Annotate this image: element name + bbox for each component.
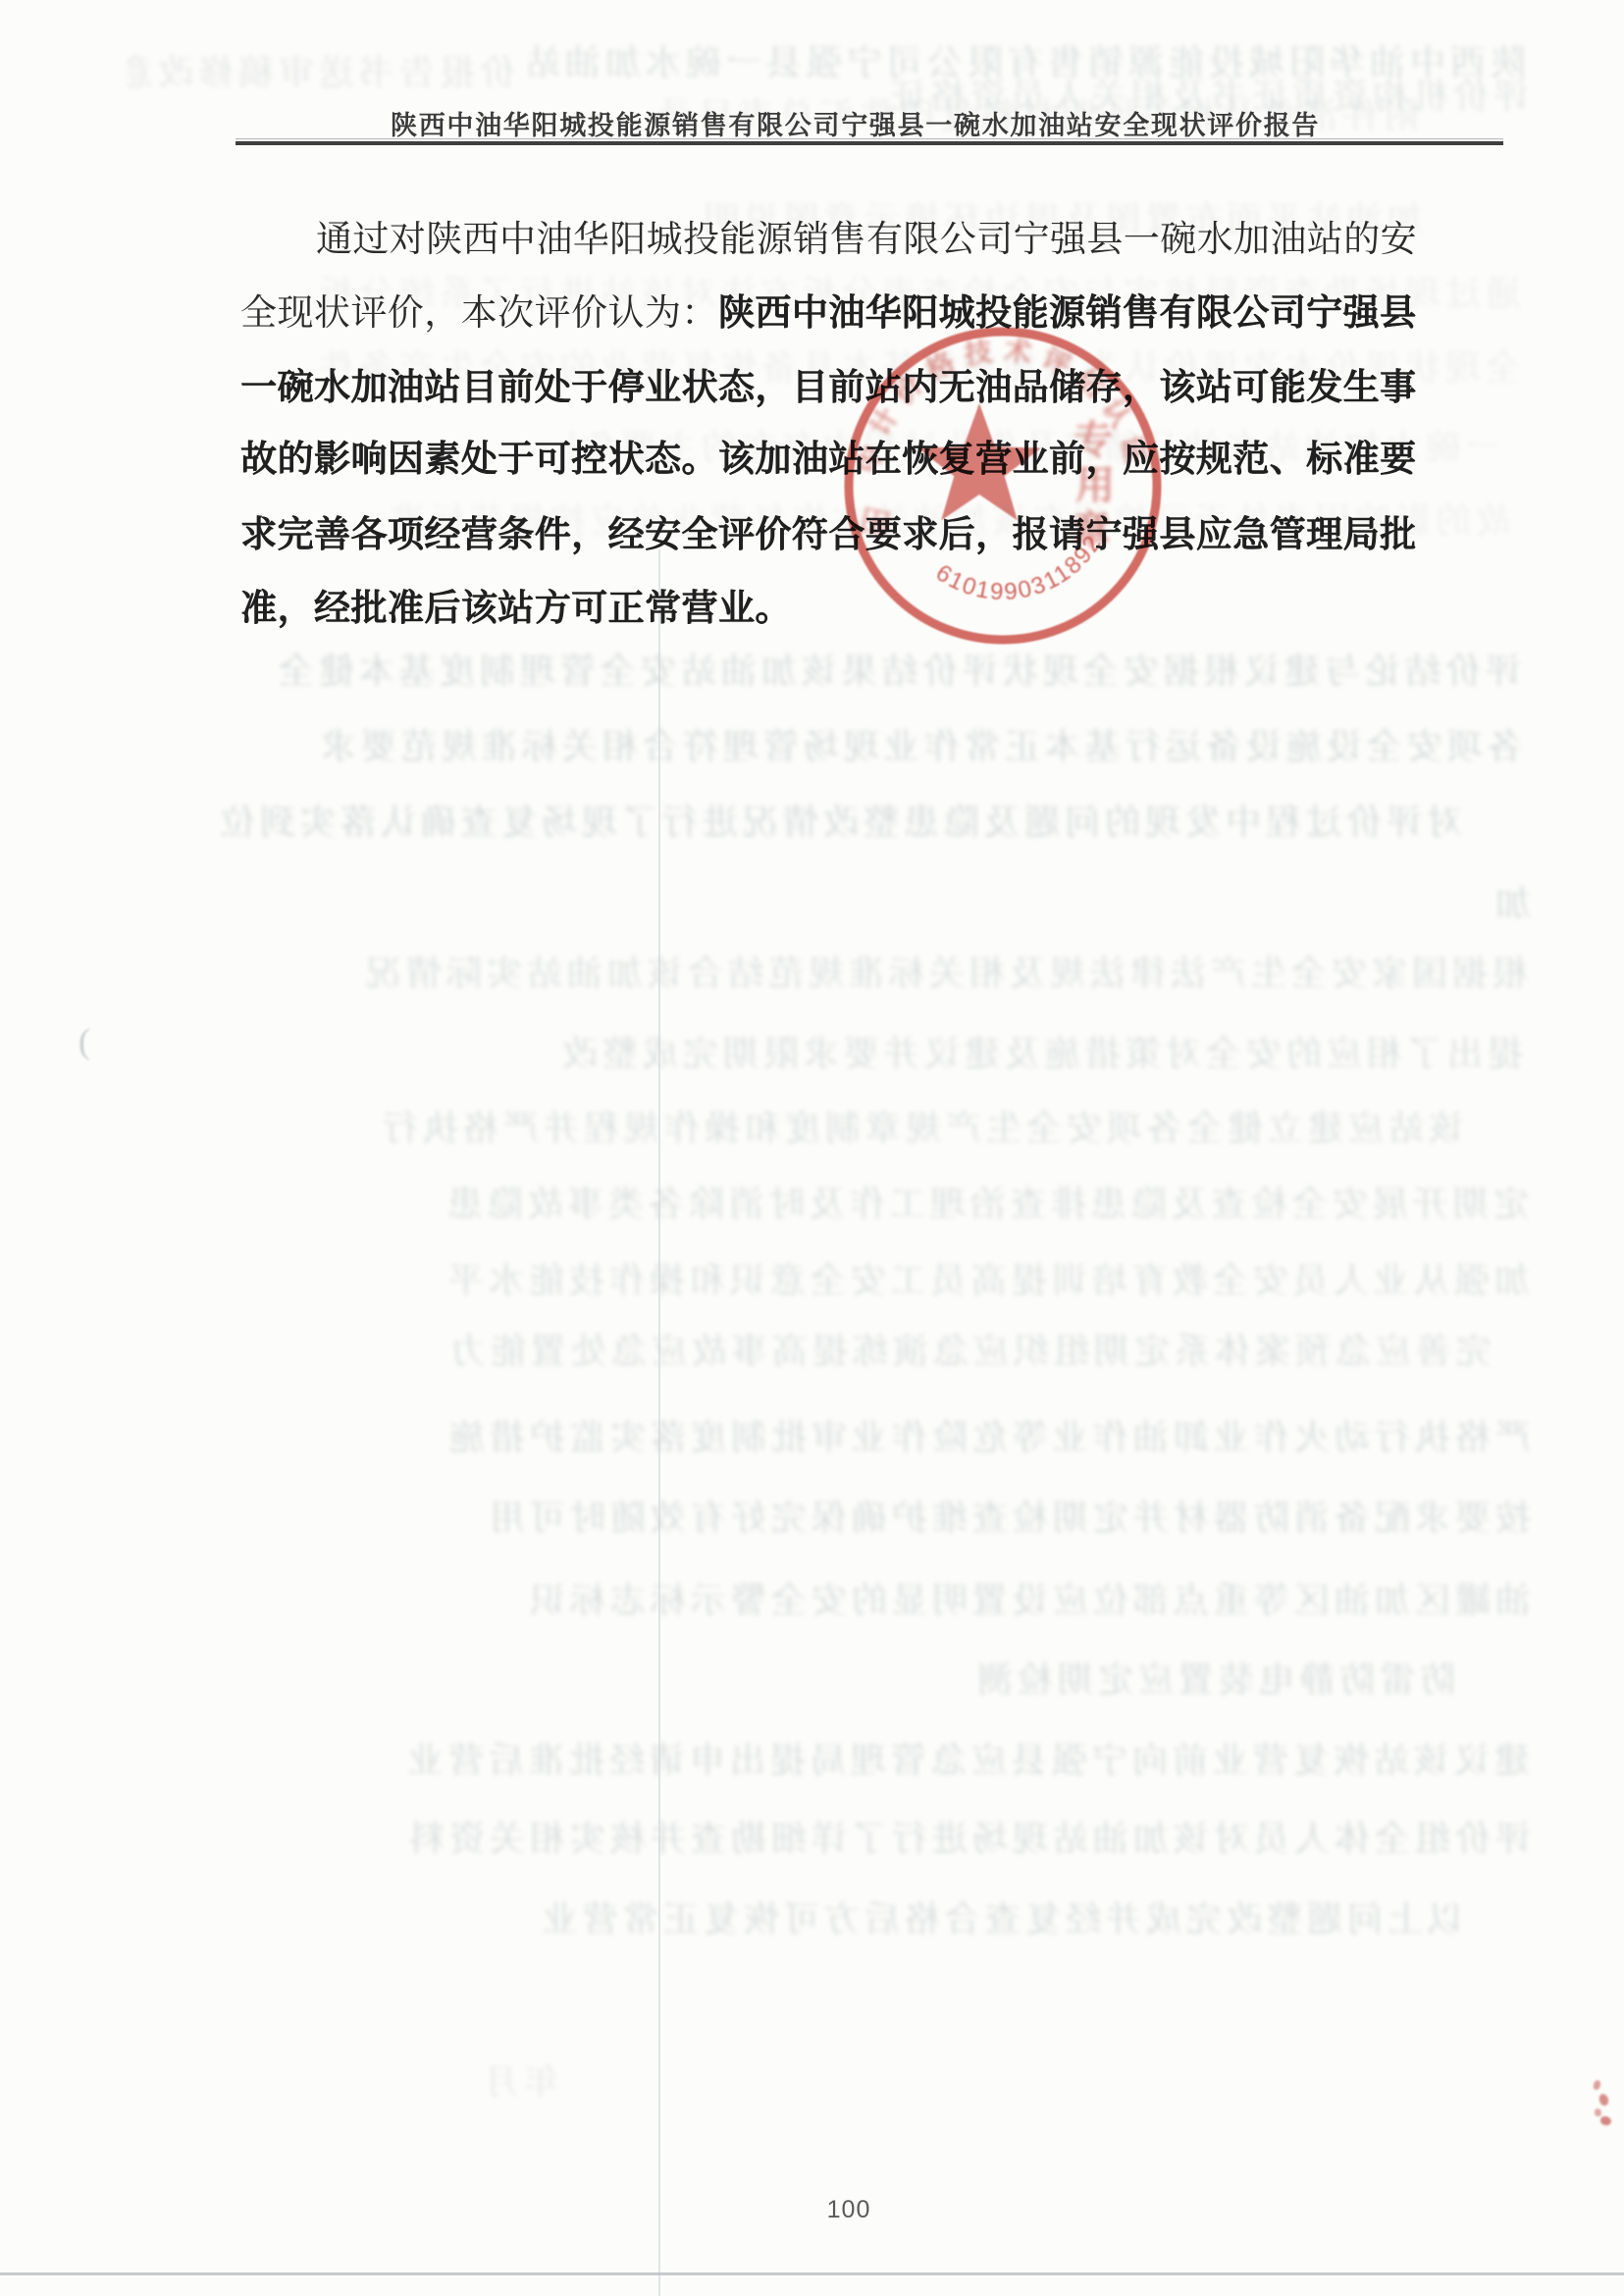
page-number: 100 — [814, 2196, 883, 2224]
seal-inner-vertical-text: 专 用 章 — [1072, 418, 1115, 552]
red-ink-fleck — [1595, 2109, 1601, 2116]
body-line-4: 故的影响因素处于可控状态。该加油站在恢复营业前，应按规范、标准要 — [240, 442, 1416, 478]
ghost-text-line: 该站应建立健全各项安全生产规章制度和操作规程并严格执行 — [193, 1101, 1464, 1144]
header-rule — [236, 138, 1503, 145]
ghost-text-line: 根据国家安全生产法律法规及相关标准规范结合该加油站实际情况 — [149, 946, 1528, 989]
body-line-2: 全现状评价，本次评价认为：陕西中油华阳城投能源销售有限公司宁强县 — [240, 295, 1416, 332]
ghost-text-line: 按要求配备消防器材并定期检查维护确保完好有效随时可用 — [149, 1490, 1531, 1534]
ghost-text-line: 以上问题整改完成并经复查合格后方可恢复正常营业 — [536, 1892, 1463, 1935]
ghost-text-line: 油罐区加油区等重点部位应设置明显的安全警示标志标识 — [149, 1573, 1531, 1616]
body-line-6: 准，经批准后该站方可正常营业。 — [240, 591, 792, 627]
ghost-text-line: 建议该站恢复营业前向宁强县应急管理局提出申请经批准后营业 — [151, 1733, 1530, 1776]
seal-side-char: 田 — [856, 501, 894, 543]
ghost-text-line: 加 — [1492, 876, 1531, 919]
body-line-1: 通过对陕西中油华阳城投能源销售有限公司宁强县一碗水加油站的安 — [240, 222, 1417, 258]
ghost-text-line: 加强从业人员安全教育培训提高员工安全意识和操作技能水平 — [151, 1253, 1530, 1296]
ghost-text-line: 对评价过程中发现的问题及隐患整改情况进行了现场复查确认落实到位 — [152, 795, 1462, 838]
red-ink-fleck — [1593, 2079, 1602, 2091]
scan-bottom-edge — [0, 2272, 1624, 2275]
ghost-text-line: 评价组全体人员对该加油站现场进行了详细勘查并核实相关资料 — [149, 1811, 1531, 1854]
stray-pen-mark: ( — [79, 1020, 90, 1062]
red-ink-fleck — [1599, 2115, 1611, 2126]
svg-text:专: 专 — [1074, 418, 1113, 462]
ghost-text-line: 定期开展安全检查及隐患排查治理工作及时消除各类事故隐患 — [155, 1176, 1529, 1220]
ghost-text-line: 防雷防静电装置应定期检测 — [849, 1652, 1455, 1696]
body-line-2-regular: 全现状评价，本次评价认为： — [240, 293, 718, 334]
ghost-text-line: 各项安全设施设备运行基本正常作业现场管理符合相关标准规范要求 — [193, 719, 1523, 762]
svg-text:用: 用 — [1075, 463, 1115, 507]
scanned-document-page: 陕西中油华阳城投能源销售有限公司宁强县一碗水加油站安全现状评价报价报告书送审稿修… — [0, 0, 1624, 2296]
ghost-text-line: 完善应急预案体系定期组织应急演练提高事故应急处置能力 — [280, 1324, 1492, 1367]
body-line-5: 求完善各项经营条件，经安全评价符合要求后，报请宁强县应急管理局批 — [240, 517, 1416, 553]
red-ink-fleck — [1598, 2093, 1610, 2107]
official-seal-stamp: 中计价格技术评估认证 6101990311892 专 用 章 田 — [830, 324, 1176, 652]
ghost-text-line: 价报告书送审稿修改意见 — [128, 45, 515, 88]
ghost-text-line: 严格执行动火作业卸油作业等危险作业审批制度落实监护措施 — [149, 1410, 1531, 1453]
seal-star-icon — [917, 403, 1041, 520]
page-header-title: 陕西中油华阳城投能源销售有限公司宁强县一碗水加油站安全现状评价报告 — [391, 104, 1320, 142]
ghost-text-line: 陕西中油华阳城投能源销售有限公司宁强县一碗水加油站安全现状评价报 — [530, 35, 1526, 78]
scan-crease-line — [658, 549, 660, 2296]
body-line-3: 一碗水加油站目前处于停业状态，目前站内无油品储存，该站可能发生事 — [240, 370, 1416, 406]
svg-text:章: 章 — [1072, 508, 1111, 552]
ghost-text-line: 年月 — [491, 2055, 559, 2098]
